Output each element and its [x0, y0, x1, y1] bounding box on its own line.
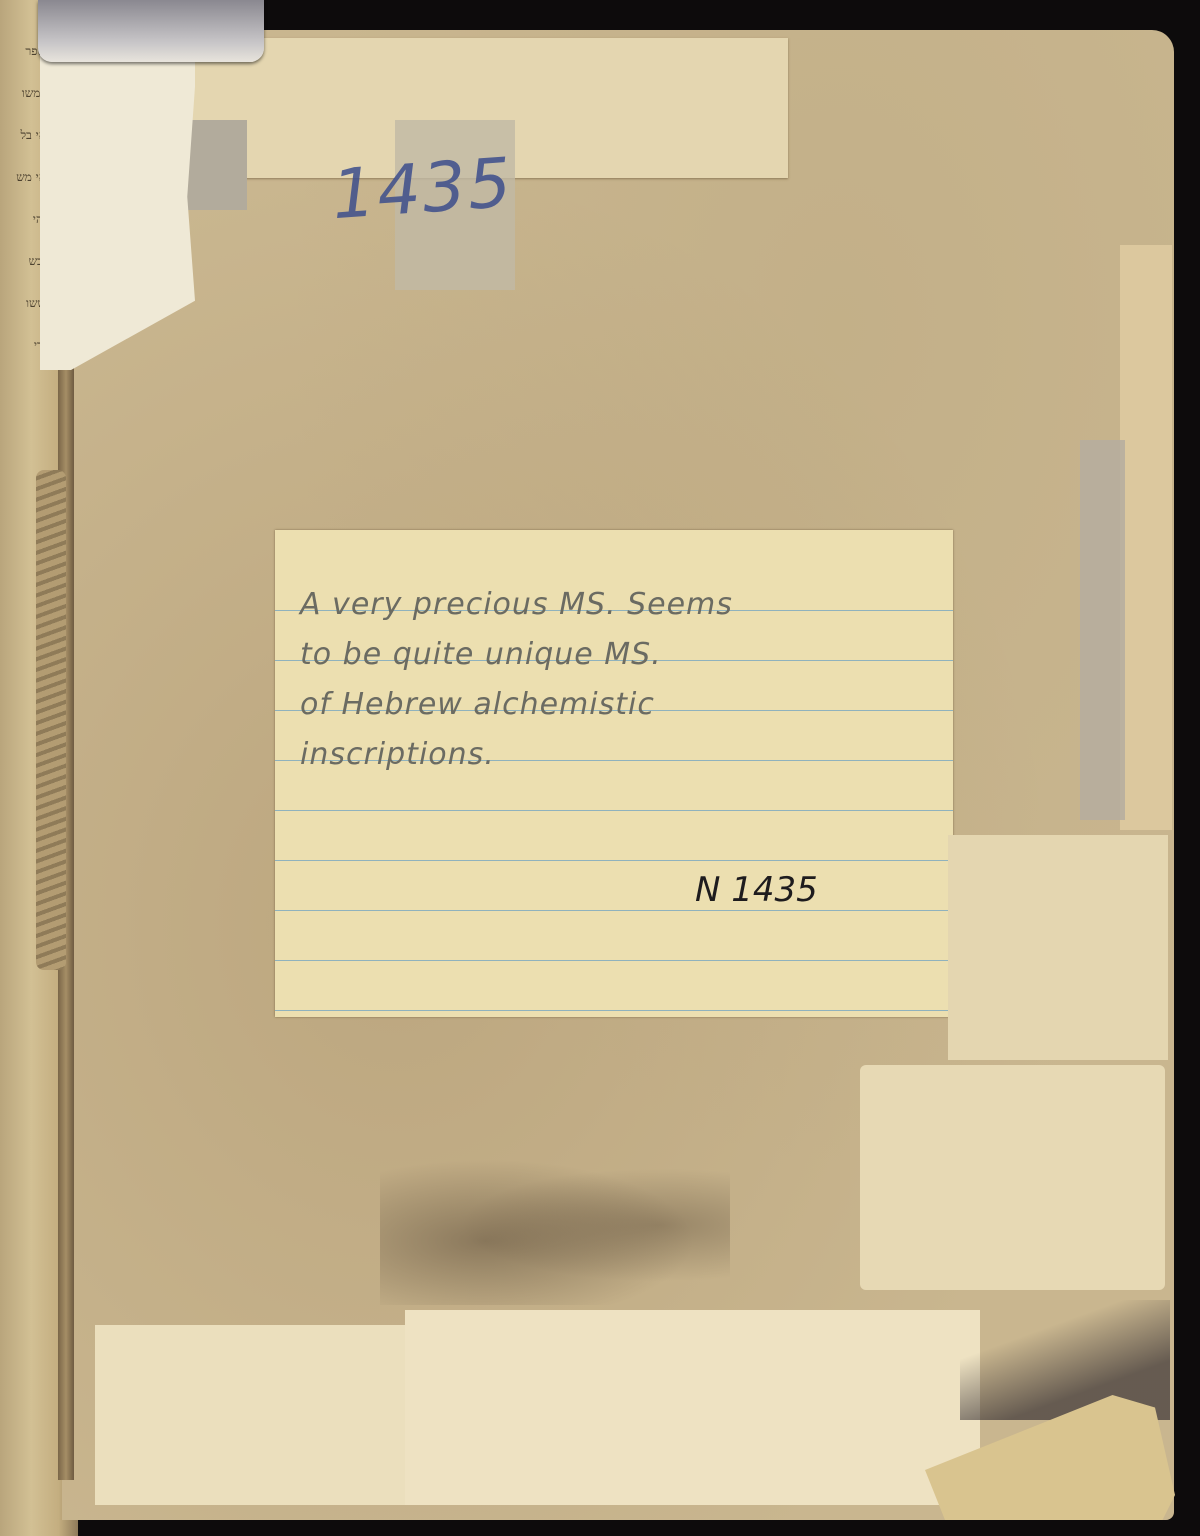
- stain: [380, 1145, 730, 1305]
- paper-patch: [405, 1310, 980, 1505]
- paper-patch: [948, 835, 1168, 1060]
- label-line: A very precious MS. Seems: [300, 580, 940, 630]
- label-line: inscriptions.: [300, 730, 940, 780]
- torn-corner-shadow: [960, 1300, 1170, 1420]
- label-catalog-number: N 1435: [695, 870, 818, 910]
- metal-clip: [38, 0, 264, 62]
- paper-patch: [95, 1325, 405, 1505]
- gray-strip: [1080, 440, 1125, 820]
- paper-patch: [860, 1065, 1165, 1290]
- label-handwritten-note: A very precious MS. Seems to be quite un…: [300, 580, 940, 780]
- label-line: to be quite unique MS.: [300, 630, 940, 680]
- paper-repair-strip-right: [1120, 245, 1172, 830]
- label-line: of Hebrew alchemistic: [300, 680, 940, 730]
- binding-cord: [36, 470, 66, 970]
- pencil-shelfmark: 1435: [329, 144, 515, 235]
